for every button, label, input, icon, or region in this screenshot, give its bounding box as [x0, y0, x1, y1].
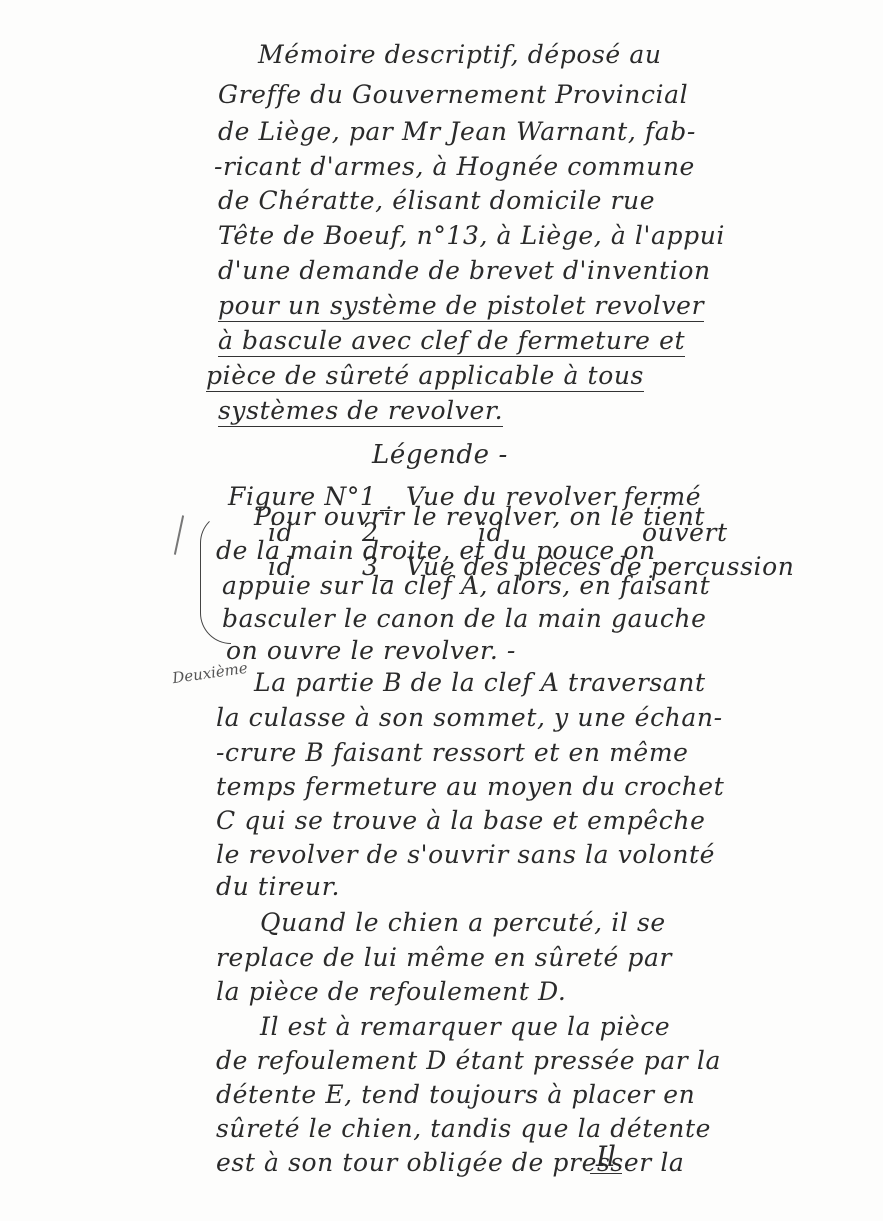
paragraph-3-line-3: la pièce de refoulement D.: [216, 977, 566, 1007]
title-line-7: d'une demande de brevet d'invention: [218, 256, 711, 286]
paragraph-2-line-7: du tireur.: [216, 872, 340, 902]
paragraph-1-line-3: appuie sur la clef A, alors, en faisant: [222, 571, 710, 601]
title-line-5: de Chératte, élisant domicile rue: [218, 186, 655, 216]
subject-line-3: pièce de sûreté applicable à tous: [206, 361, 644, 392]
title-line-1: Mémoire descriptif, déposé au: [258, 40, 662, 70]
subject-line-4: systèmes de revolver.: [218, 396, 503, 427]
title-line-6: Tête de Boeuf, n°13, à Liège, à l'appui: [218, 221, 725, 251]
paragraph-1-line-1: Pour ouvrir le revolver, on le tient: [254, 502, 705, 532]
paragraph-2-line-1: La partie B de la clef A traversant: [254, 668, 706, 698]
paragraph-2-line-5: C qui se trouve à la base et empêche: [216, 806, 705, 836]
subject-line-2: à bascule avec clef de fermeture et: [218, 326, 685, 357]
legend-heading: Légende -: [372, 440, 508, 470]
paragraph-2-line-4: temps fermeture au moyen du crochet: [216, 772, 724, 802]
title-line-2: Greffe du Gouvernement Provincial: [218, 80, 688, 110]
paragraph-3-line-2: replace de lui même en sûreté par: [216, 943, 672, 973]
paragraph-4-line-2: de refoulement D étant pressée par la: [216, 1046, 721, 1076]
paragraph-4-line-4: sûreté le chien, tandis que la détente: [216, 1114, 711, 1144]
paragraph-2-line-3: -crure B faisant ressort et en même: [216, 738, 689, 768]
paragraph-1-line-4: basculer le canon de la main gauche: [222, 604, 707, 634]
paragraph-2-line-2: la culasse à son sommet, y une échan-: [216, 703, 723, 733]
document-page: Mémoire descriptif, déposé au Greffe du …: [0, 0, 883, 1221]
subject-line-1: pour un système de pistolet revolver: [218, 291, 704, 322]
paragraph-4-line-3: détente E, tend toujours à placer en: [216, 1080, 695, 1110]
paragraph-4-line-1: Il est à remarquer que la pièce: [260, 1012, 670, 1042]
title-line-3: de Liège, par Mr Jean Warnant, fab-: [218, 117, 696, 147]
paragraph-2-line-6: le revolver de s'ouvrir sans la volonté: [216, 840, 715, 870]
margin-tick-mark: [174, 515, 184, 554]
catchword: Il: [590, 1140, 622, 1174]
paragraph-1-line-2: de la main droite, et du pouce on: [216, 536, 656, 566]
paragraph-3-line-1: Quand le chien a percuté, il se: [260, 908, 666, 938]
title-line-4: -ricant d'armes, à Hognée commune: [214, 152, 695, 182]
paragraph-1-line-5: on ouvre le revolver. -: [226, 636, 516, 666]
